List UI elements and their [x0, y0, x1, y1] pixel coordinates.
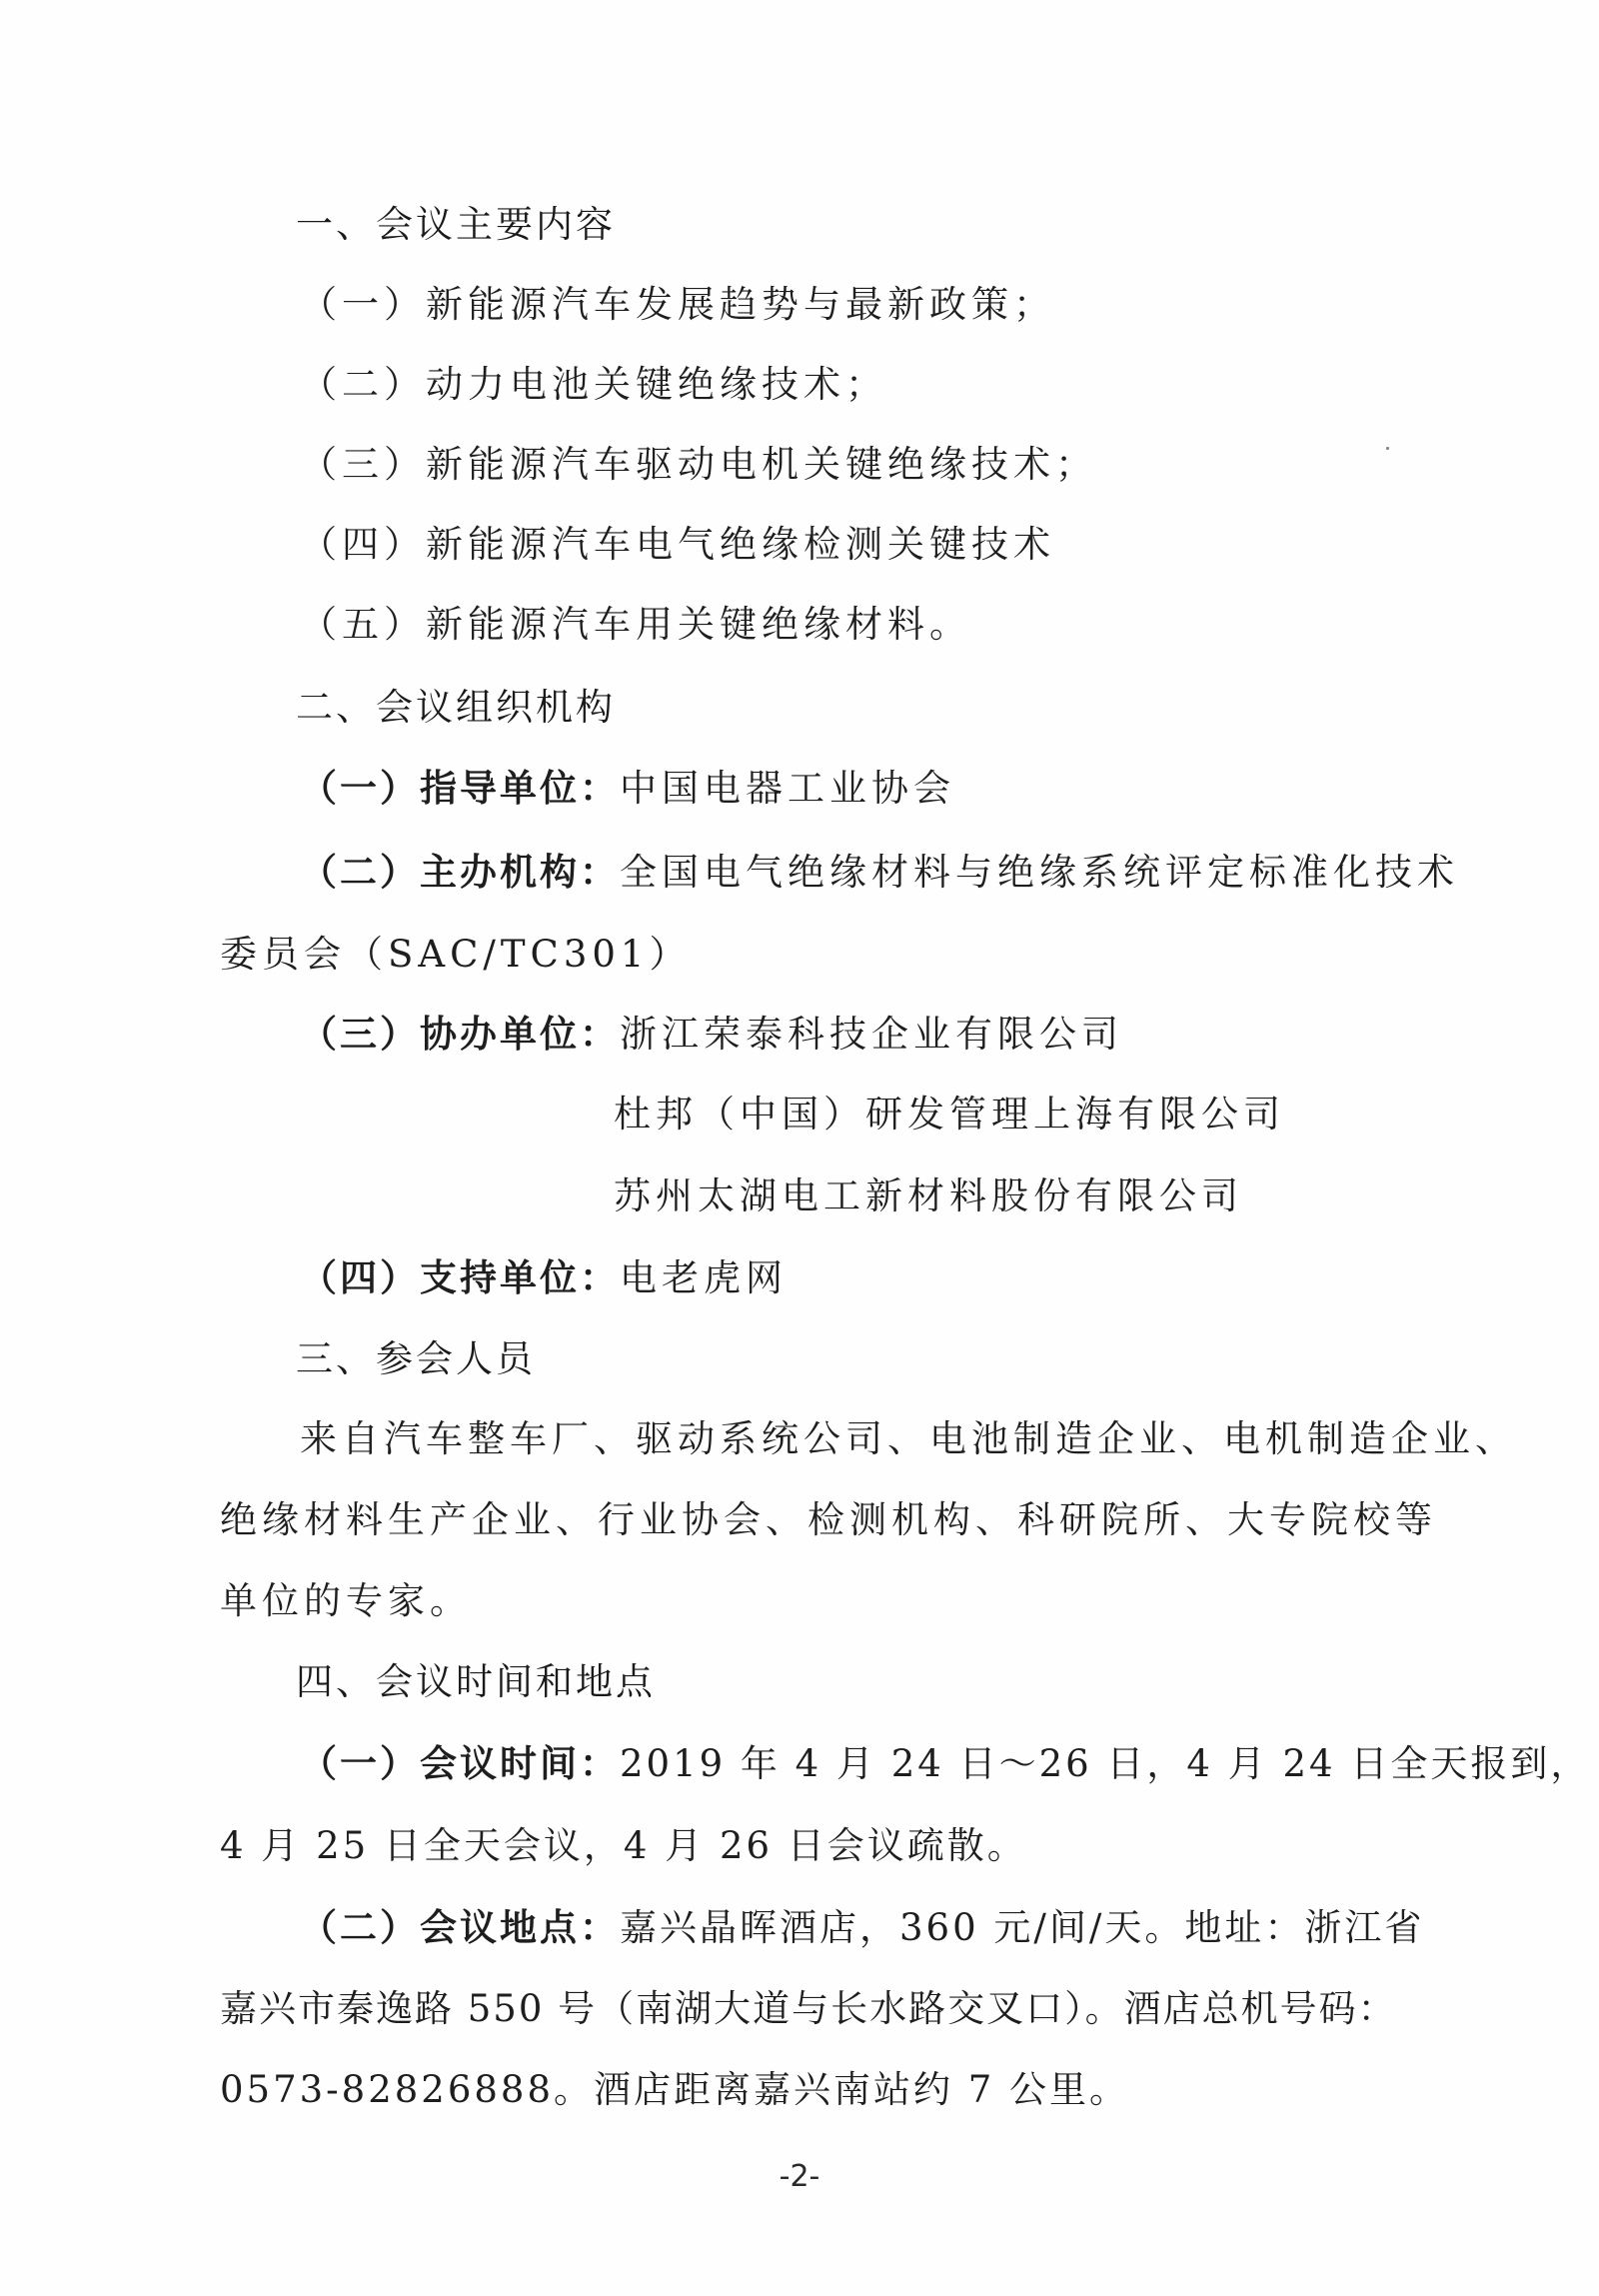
meeting-venue: （二）会议地点：嘉兴晶晖酒店，360 元/间/天。地址：浙江省 [300, 1903, 1424, 1953]
org-support-unit: （四）支持单位：电老虎网 [300, 1253, 788, 1303]
page-number: -2- [0, 2159, 1599, 2194]
meeting-time-line-1: 2019 年 4 月 24 日～26 日，4 月 24 日全天报到， [620, 1742, 1590, 1785]
scan-speck [1386, 447, 1389, 450]
org-guiding-label: （一）指导单位： [300, 767, 620, 810]
org-co-organizer: （三）协办单位：浙江荣泰科技企业有限公司 [300, 1010, 1123, 1060]
org-host: （二）主办机构：全国电气绝缘材料与绝缘系统评定标准化技术 [300, 848, 1459, 898]
meeting-time-label: （一）会议时间： [300, 1742, 620, 1785]
org-host-label: （二）主办机构： [300, 851, 620, 894]
content-item-2: （二）动力电池关键绝缘技术； [300, 360, 887, 410]
org-co-label: （三）协办单位： [300, 1013, 620, 1056]
meeting-venue-label: （二）会议地点： [300, 1906, 620, 1949]
content-item-4: （四）新能源汽车电气绝缘检测关键技术 [300, 520, 1055, 570]
meeting-time-line-2: 4 月 25 日全天会议，4 月 26 日会议疏散。 [220, 1821, 1027, 1871]
org-support-label: （四）支持单位： [300, 1256, 620, 1299]
section-heading-main-content: 一、会议主要内容 [296, 200, 616, 250]
attendees-line-1: 来自汽车整车厂、驱动系统公司、电池制造企业、电机制造企业、 [300, 1414, 1517, 1464]
section-heading-organization: 二、会议组织机构 [296, 683, 616, 733]
meeting-venue-line-2: 嘉兴市秦逸路 550 号（南湖大道与长水路交叉口）。酒店总机号码： [220, 1984, 1397, 2034]
meeting-time: （一）会议时间：2019 年 4 月 24 日～26 日，4 月 24 日全天报… [300, 1739, 1590, 1789]
org-support-value: 电老虎网 [620, 1256, 788, 1299]
section-heading-time-venue: 四、会议时间和地点 [296, 1657, 656, 1707]
org-host-continuation: 委员会（SAC/TC301） [220, 930, 691, 980]
document-page: 一、会议主要内容 （一）新能源汽车发展趋势与最新政策； （二）动力电池关键绝缘技… [0, 0, 1599, 2296]
org-guiding-value: 中国电器工业协会 [620, 767, 955, 810]
attendees-line-2: 绝缘材料生产企业、行业协会、检测机构、科研院所、大专院校等 [220, 1495, 1437, 1545]
meeting-venue-line-1: 嘉兴晶晖酒店，360 元/间/天。地址：浙江省 [620, 1906, 1424, 1949]
org-guiding-unit: （一）指导单位：中国电器工业协会 [300, 764, 955, 814]
section-heading-attendees: 三、参会人员 [296, 1334, 536, 1384]
content-item-5: （五）新能源汽车用关键绝缘材料。 [300, 600, 971, 650]
org-co-value-3: 苏州太湖电工新材料股份有限公司 [614, 1171, 1243, 1221]
org-host-value: 全国电气绝缘材料与绝缘系统评定标准化技术 [620, 851, 1459, 894]
attendees-line-3: 单位的专家。 [220, 1576, 472, 1626]
org-co-value-1: 浙江荣泰科技企业有限公司 [620, 1013, 1123, 1056]
meeting-venue-line-3: 0573-82826888。酒店距离嘉兴南站约 7 公里。 [220, 2065, 1129, 2115]
content-item-1: （一）新能源汽车发展趋势与最新政策； [300, 280, 1055, 330]
content-item-3: （三）新能源汽车驱动电机关键绝缘技术； [300, 440, 1097, 490]
org-co-value-2: 杜邦（中国）研发管理上海有限公司 [614, 1090, 1285, 1140]
